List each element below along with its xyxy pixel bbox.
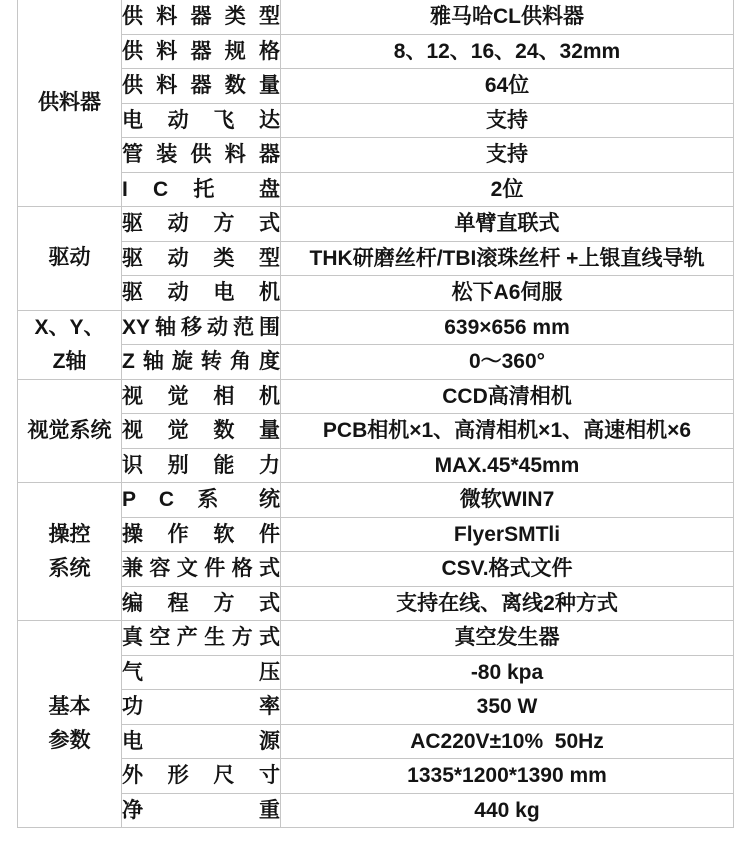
table-row: 视觉系统 视 觉 相 机 CCD高清相机: [18, 379, 734, 414]
param-cell: XY轴移动范围: [122, 310, 281, 345]
spec-table: 供料器 供 料 器 类 型 雅马哈CL供料器 供 料 器 规 格 8、12、16…: [17, 0, 734, 828]
param-cell: 视 觉 数 量: [122, 414, 281, 449]
param-cell: 驱 动 方 式: [122, 207, 281, 242]
value-cell: 支持在线、离线2种方式: [281, 586, 734, 621]
value-cell: 350 W: [281, 690, 734, 725]
table-row: 视 觉 数 量 PCB相机×1、高清相机×1、高速相机×6: [18, 414, 734, 449]
param-cell: 驱 动 电 机: [122, 276, 281, 311]
value-cell: 微软WIN7: [281, 483, 734, 518]
table-row: 气 压 -80 kpa: [18, 655, 734, 690]
category-cell-basic: 基本 参数: [18, 621, 122, 828]
value-cell: 支持: [281, 138, 734, 173]
category-cell-axes: X、Y、 Z轴: [18, 310, 122, 379]
value-cell: 雅马哈CL供料器: [281, 0, 734, 34]
param-cell: 供 料 器 规 格: [122, 34, 281, 69]
table-row: 电 动 飞 达 支持: [18, 103, 734, 138]
value-cell: 440 kg: [281, 793, 734, 828]
table-row: 驱 动 类 型 THK研磨丝杆/TBI滚珠丝杆 +上银直线导轨: [18, 241, 734, 276]
table-row: 操控 系统 P C 系 统 微软WIN7: [18, 483, 734, 518]
param-cell: 真空产生方式: [122, 621, 281, 656]
table-row: Z轴旋转角度 0～360°: [18, 345, 734, 380]
value-cell: CSV.格式文件: [281, 552, 734, 587]
value-cell: 8、12、16、24、32mm: [281, 34, 734, 69]
value-cell: CCD高清相机: [281, 379, 734, 414]
value-cell: 64位: [281, 69, 734, 104]
table-row: X、Y、 Z轴 XY轴移动范围 639×656 mm: [18, 310, 734, 345]
table-row: 驱动 驱 动 方 式 单臂直联式: [18, 207, 734, 242]
param-cell: Z轴旋转角度: [122, 345, 281, 380]
value-cell: AC220V±10% 50Hz: [281, 724, 734, 759]
param-cell: 电 源: [122, 724, 281, 759]
param-cell: 驱 动 类 型: [122, 241, 281, 276]
value-cell: PCB相机×1、高清相机×1、高速相机×6: [281, 414, 734, 449]
value-cell: 真空发生器: [281, 621, 734, 656]
param-cell: 外 形 尺 寸: [122, 759, 281, 794]
param-cell: 管 装 供 料 器: [122, 138, 281, 173]
value-cell: THK研磨丝杆/TBI滚珠丝杆 +上银直线导轨: [281, 241, 734, 276]
table-row: 兼容文件格式 CSV.格式文件: [18, 552, 734, 587]
table-row: 供 料 器 数 量 64位: [18, 69, 734, 104]
table-row: 净 重 440 kg: [18, 793, 734, 828]
param-cell: 视 觉 相 机: [122, 379, 281, 414]
spec-sheet: 供料器 供 料 器 类 型 雅马哈CL供料器 供 料 器 规 格 8、12、16…: [0, 0, 750, 857]
param-cell: 供 料 器 数 量: [122, 69, 281, 104]
table-row: I C 托 盘 2位: [18, 172, 734, 207]
table-row: 驱 动 电 机 松下A6伺服: [18, 276, 734, 311]
param-cell: 气 压: [122, 655, 281, 690]
category-cell-control: 操控 系统: [18, 483, 122, 621]
table-row: 外 形 尺 寸 1335*1200*1390 mm: [18, 759, 734, 794]
value-cell: 639×656 mm: [281, 310, 734, 345]
param-cell: I C 托 盘: [122, 172, 281, 207]
category-cell-vision: 视觉系统: [18, 379, 122, 483]
category-cell-feeder: 供料器: [18, 0, 122, 207]
table-row: 管 装 供 料 器 支持: [18, 138, 734, 173]
table-row: 识 别 能 力 MAX.45*45mm: [18, 448, 734, 483]
table-row: 基本 参数 真空产生方式 真空发生器: [18, 621, 734, 656]
param-cell: 电 动 飞 达: [122, 103, 281, 138]
param-cell: 编 程 方 式: [122, 586, 281, 621]
param-cell: 兼容文件格式: [122, 552, 281, 587]
value-cell: MAX.45*45mm: [281, 448, 734, 483]
table-row: 供 料 器 规 格 8、12、16、24、32mm: [18, 34, 734, 69]
value-cell: 支持: [281, 103, 734, 138]
param-cell: 识 别 能 力: [122, 448, 281, 483]
param-cell: 净 重: [122, 793, 281, 828]
value-cell: FlyerSMTli: [281, 517, 734, 552]
value-cell: 1335*1200*1390 mm: [281, 759, 734, 794]
value-cell: -80 kpa: [281, 655, 734, 690]
param-cell: 功 率: [122, 690, 281, 725]
value-cell: 2位: [281, 172, 734, 207]
table-row: 电 源 AC220V±10% 50Hz: [18, 724, 734, 759]
table-row: 供料器 供 料 器 类 型 雅马哈CL供料器: [18, 0, 734, 34]
table-row: 编 程 方 式 支持在线、离线2种方式: [18, 586, 734, 621]
param-cell: 操 作 软 件: [122, 517, 281, 552]
param-cell: P C 系 统: [122, 483, 281, 518]
value-cell: 0～360°: [281, 345, 734, 380]
table-row: 功 率 350 W: [18, 690, 734, 725]
category-cell-drive: 驱动: [18, 207, 122, 311]
value-cell: 单臂直联式: [281, 207, 734, 242]
value-cell: 松下A6伺服: [281, 276, 734, 311]
table-row: 操 作 软 件 FlyerSMTli: [18, 517, 734, 552]
param-cell: 供 料 器 类 型: [122, 0, 281, 34]
